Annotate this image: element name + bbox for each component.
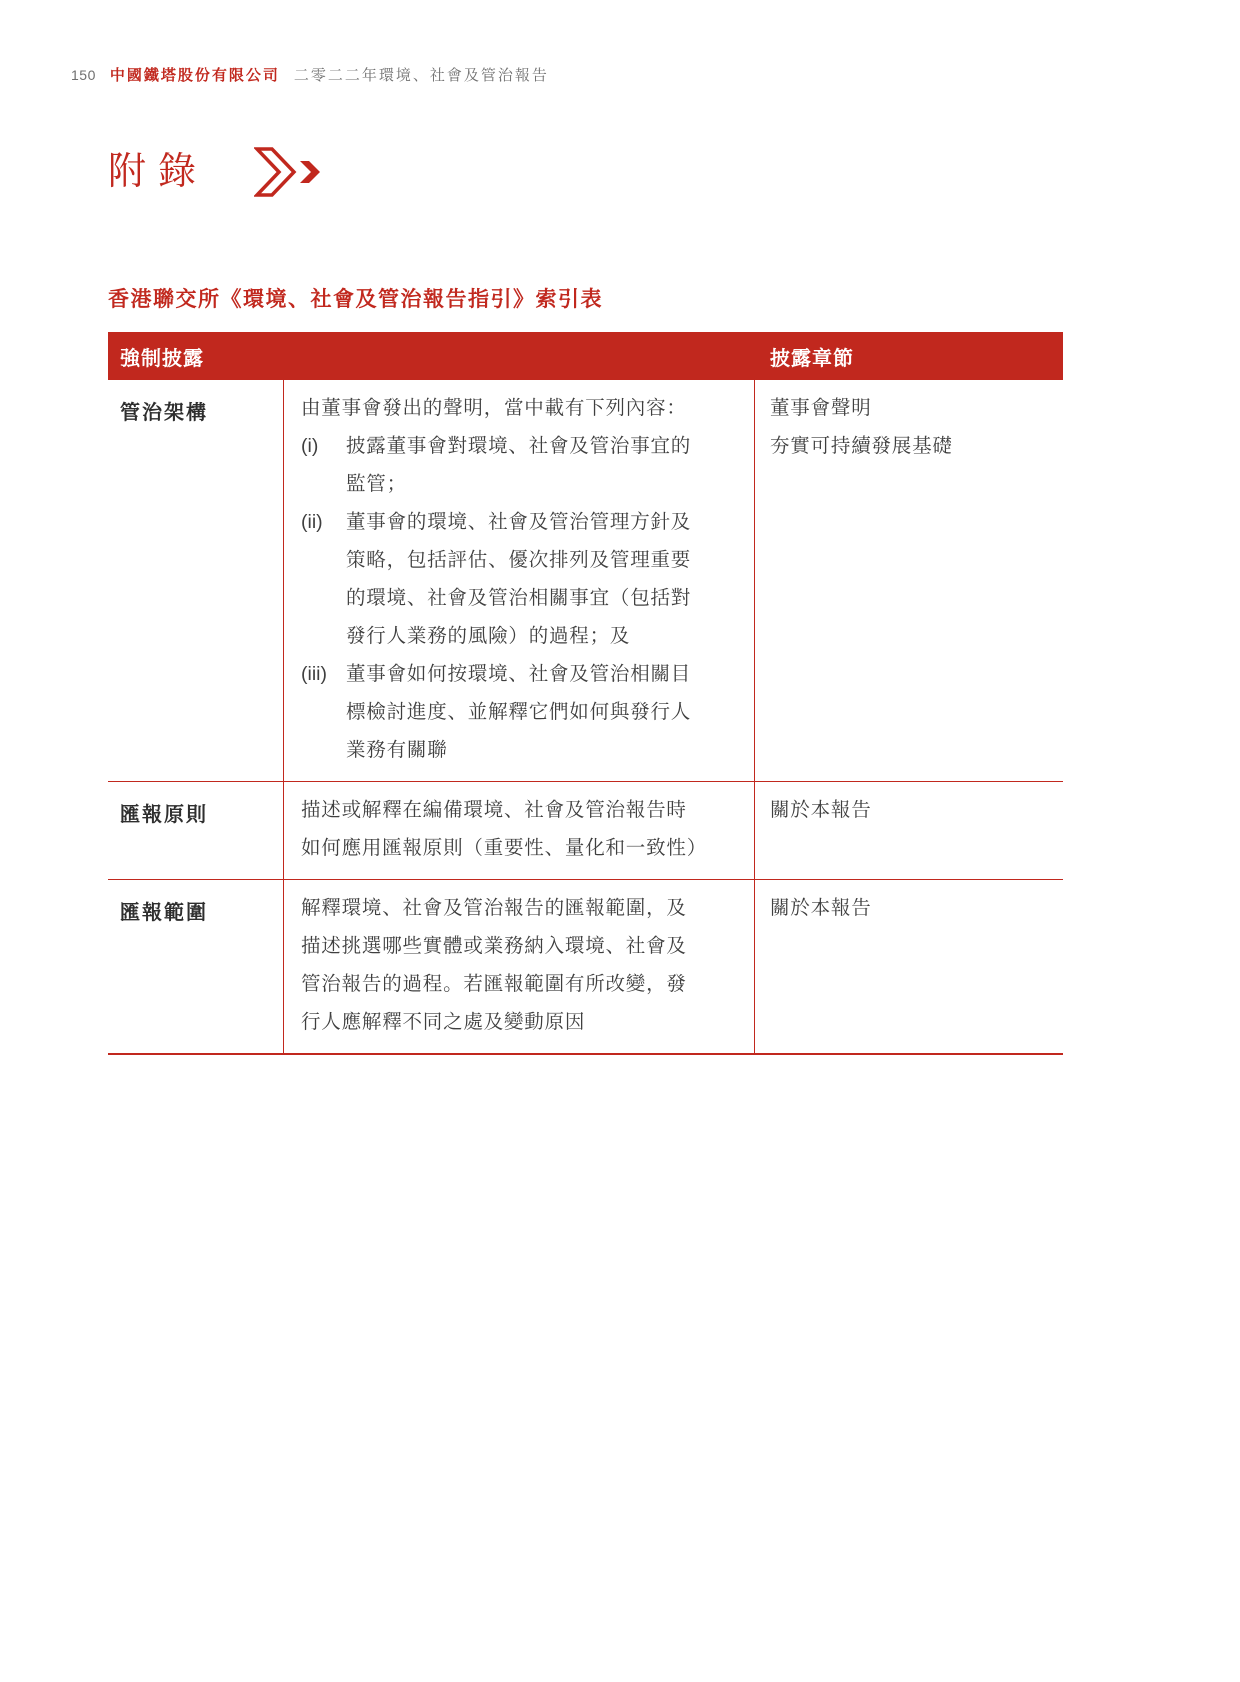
row-chapters: 關於本報告 — [755, 782, 1063, 879]
row-category: 管治架構 — [108, 380, 283, 781]
row-category: 匯報原則 — [108, 782, 283, 879]
list-marker: (i) — [301, 427, 346, 503]
table-row-reporting-principles: 匯報原則 描述或解釋在編備環境、社會及管治報告時如何應用匯報原則（重要性、量化和… — [108, 782, 1063, 880]
header-cell-mandatory-disclosure: 強制披露 — [108, 342, 283, 371]
list-item: (ii) 董事會的環境、社會及管治管理方針及策略，包括評估、優次排列及管理重要的… — [301, 503, 706, 655]
chapter-link: 關於本報告 — [770, 791, 1053, 829]
chapter-link: 董事會聲明 — [770, 389, 1053, 427]
list-text: 披露董事會對環境、社會及管治事宜的監管； — [346, 427, 706, 503]
row-description: 由董事會發出的聲明，當中載有下列內容： (i) 披露董事會對環境、社會及管治事宜… — [283, 380, 755, 781]
list-item: (i) 披露董事會對環境、社會及管治事宜的監管； — [301, 427, 706, 503]
appendix-title-row: 附錄 — [108, 146, 326, 198]
row-chapters: 董事會聲明 夯實可持續發展基礎 — [755, 380, 1063, 781]
page-header: 150 中國鐵塔股份有限公司 二零二二年環境、社會及管治報告 — [71, 64, 549, 85]
list-marker: (ii) — [301, 503, 346, 655]
report-page: 150 中國鐵塔股份有限公司 二零二二年環境、社會及管治報告 附錄 香港聯交所《… — [0, 0, 1240, 1682]
description-intro: 由董事會發出的聲明，當中載有下列內容： — [301, 389, 706, 427]
header-cell-disclosure-chapter: 披露章節 — [755, 342, 1063, 371]
row-description: 描述或解釋在編備環境、社會及管治報告時如何應用匯報原則（重要性、量化和一致性） — [283, 782, 755, 879]
table-row-governance-structure: 管治架構 由董事會發出的聲明，當中載有下列內容： (i) 披露董事會對環境、社會… — [108, 380, 1063, 782]
list-item: (iii) 董事會如何按環境、社會及管治相關目標檢討進度、並解釋它們如何與發行人… — [301, 655, 706, 769]
list-text: 董事會如何按環境、社會及管治相關目標檢討進度、並解釋它們如何與發行人業務有關聯 — [346, 655, 706, 769]
chapter-link: 關於本報告 — [770, 889, 1053, 927]
table-header-row: 強制披露 披露章節 — [108, 332, 1063, 380]
description-text: 解釋環境、社會及管治報告的匯報範圍，及描述挑選哪些實體或業務納入環境、社會及管治… — [301, 889, 706, 1041]
double-chevron-right-icon — [254, 146, 326, 198]
report-title: 二零二二年環境、社會及管治報告 — [294, 64, 549, 85]
table-row-reporting-boundary: 匯報範圍 解釋環境、社會及管治報告的匯報範圍，及描述挑選哪些實體或業務納入環境、… — [108, 880, 1063, 1055]
list-text: 董事會的環境、社會及管治管理方針及策略，包括評估、優次排列及管理重要的環境、社會… — [346, 503, 706, 655]
list-marker: (iii) — [301, 655, 346, 769]
row-description: 解釋環境、社會及管治報告的匯報範圍，及描述挑選哪些實體或業務納入環境、社會及管治… — [283, 880, 755, 1053]
esg-index-table: 強制披露 披露章節 管治架構 由董事會發出的聲明，當中載有下列內容： (i) 披… — [108, 332, 1063, 1055]
row-chapters: 關於本報告 — [755, 880, 1063, 1053]
row-category: 匯報範圍 — [108, 880, 283, 1053]
chapter-link: 夯實可持續發展基礎 — [770, 427, 1053, 465]
index-table-heading: 香港聯交所《環境、社會及管治報告指引》索引表 — [108, 283, 603, 313]
appendix-title: 附錄 — [108, 153, 208, 191]
page-number: 150 — [71, 67, 96, 83]
description-text: 描述或解釋在編備環境、社會及管治報告時如何應用匯報原則（重要性、量化和一致性） — [301, 791, 706, 867]
company-name: 中國鐵塔股份有限公司 — [110, 64, 280, 85]
